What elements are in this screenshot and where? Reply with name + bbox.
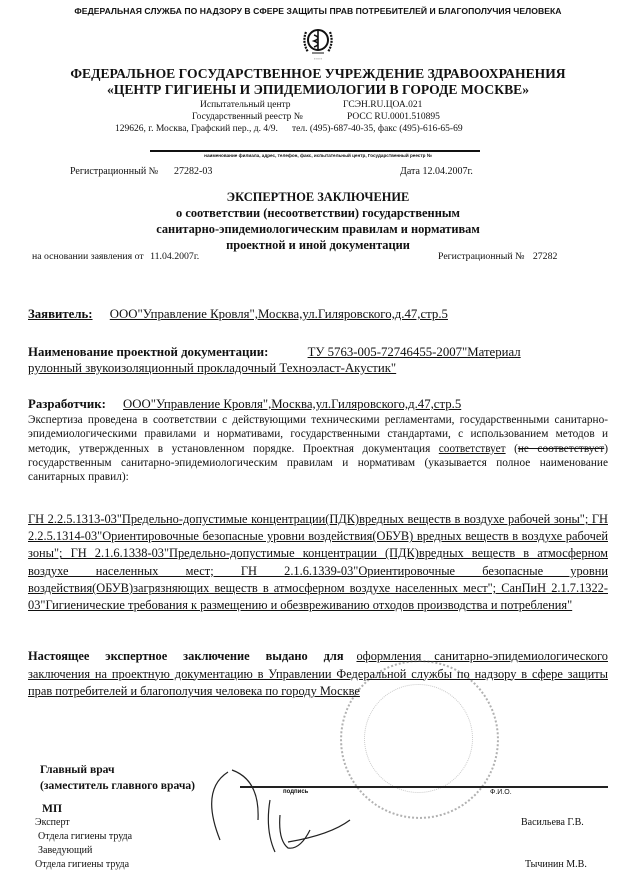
- organization-name-line1: ФЕДЕРАЛЬНОЕ ГОСУДАРСТВЕННОЕ УЧРЕЖДЕНИЕ З…: [0, 66, 636, 82]
- seal-mark: МП: [42, 802, 62, 815]
- basis-reg-value: 27282: [533, 251, 558, 262]
- developer-label: Разработчик:: [28, 397, 106, 411]
- header-divider: [150, 150, 480, 152]
- registration-label: Регистрационный №: [70, 166, 158, 177]
- not-complies-struck: не соответствует: [518, 443, 604, 455]
- basis-line: на основании заявления от 11.04.2007г.: [32, 251, 199, 262]
- registry-value: РОСС RU.0001.510895: [347, 112, 440, 122]
- project-doc-value-1: ТУ 5763-005-72746455-2007"Материал: [272, 345, 521, 359]
- sanitary-norms-list: ГН 2.2.5.1313-03"Предельно-допустимые ко…: [28, 511, 608, 614]
- project-doc-label: Наименование проектной документации:: [28, 345, 268, 359]
- signature-caption: подпись: [283, 789, 308, 795]
- divider-caption: наименование филиала, адрес, телефон, фа…: [0, 153, 636, 158]
- basis-label: на основании заявления от: [32, 251, 144, 262]
- document-subtitle-1: о соответствии (несоответствии) государс…: [0, 206, 636, 221]
- issued-paragraph: Настоящее экспертное заключение выдано д…: [28, 648, 608, 701]
- head-department: Отдела гигиены труда: [35, 859, 129, 870]
- handwritten-signature-icon: [160, 760, 400, 870]
- caduceus-emblem-icon: • • • •: [298, 22, 338, 62]
- chief-title: Главный врач: [40, 763, 115, 776]
- chief-subtitle: (заместитель главного врача): [40, 779, 195, 792]
- signature-line: [240, 786, 608, 788]
- developer-row: Разработчик: ООО"Управление Кровля",Моск…: [28, 397, 461, 412]
- basis-date: 11.04.2007г.: [150, 251, 199, 262]
- head-label: Заведующий: [38, 845, 92, 856]
- complies-mark: соответствует: [439, 443, 506, 455]
- test-center-value: ГСЭН.RU.ЦОА.021: [343, 100, 422, 110]
- document-subtitle-2: санитарно-эпидемиологическим правилам и …: [0, 222, 636, 237]
- date-value: 12.04.2007г.: [422, 166, 472, 177]
- head-name: Тычинин М.В.: [525, 859, 587, 870]
- registration-number: 27282-03: [174, 166, 212, 177]
- applicant-label: Заявитель:: [28, 307, 93, 321]
- agency-header: ФЕДЕРАЛЬНАЯ СЛУЖБА ПО НАДЗОРУ В СФЕРЕ ЗА…: [0, 6, 636, 16]
- registry-label: Государственный реестр №: [192, 112, 303, 122]
- expert-name: Васильева Г.В.: [521, 817, 584, 828]
- organization-name-line2: «ЦЕНТР ГИГИЕНЫ И ЭПИДЕМИОЛОГИИ В ГОРОДЕ …: [0, 82, 636, 98]
- fio-caption: Ф.И.О.: [490, 789, 512, 796]
- date-block: Дата 12.04.2007г.: [400, 166, 473, 177]
- developer-value: ООО"Управление Кровля",Москва,ул.Гиляров…: [109, 397, 461, 411]
- project-doc-row: Наименование проектной документации: ТУ …: [28, 345, 608, 360]
- applicant-value: ООО"Управление Кровля",Москва,ул.Гиляров…: [96, 307, 448, 321]
- expert-label: Эксперт: [35, 817, 70, 828]
- project-doc-value-2: рулонный звукоизоляционный прокладочный …: [28, 361, 396, 376]
- expertise-paragraph: Экспертиза проведена в соответствии с де…: [28, 413, 608, 484]
- paren: (: [506, 443, 518, 455]
- basis-reg-label: Регистрационный №: [438, 251, 524, 262]
- applicant-row: Заявитель: ООО"Управление Кровля",Москва…: [28, 307, 448, 322]
- svg-text:• • • •: • • • •: [314, 57, 322, 61]
- document-title: ЭКСПЕРТНОЕ ЗАКЛЮЧЕНИЕ: [0, 190, 636, 205]
- expert-department: Отдела гигиены труда: [38, 831, 132, 842]
- date-label: Дата: [400, 166, 420, 177]
- address: 129626, г. Москва, Графский пер., д. 4/9…: [115, 124, 278, 134]
- phones: тел. (495)-687-40-35, факс (495)-616-65-…: [292, 124, 463, 134]
- basis-registration: Регистрационный № 27282: [438, 251, 557, 262]
- test-center-label: Испытательный центр: [200, 100, 291, 110]
- issued-label: Настоящее экспертное заключение выдано д…: [28, 649, 344, 663]
